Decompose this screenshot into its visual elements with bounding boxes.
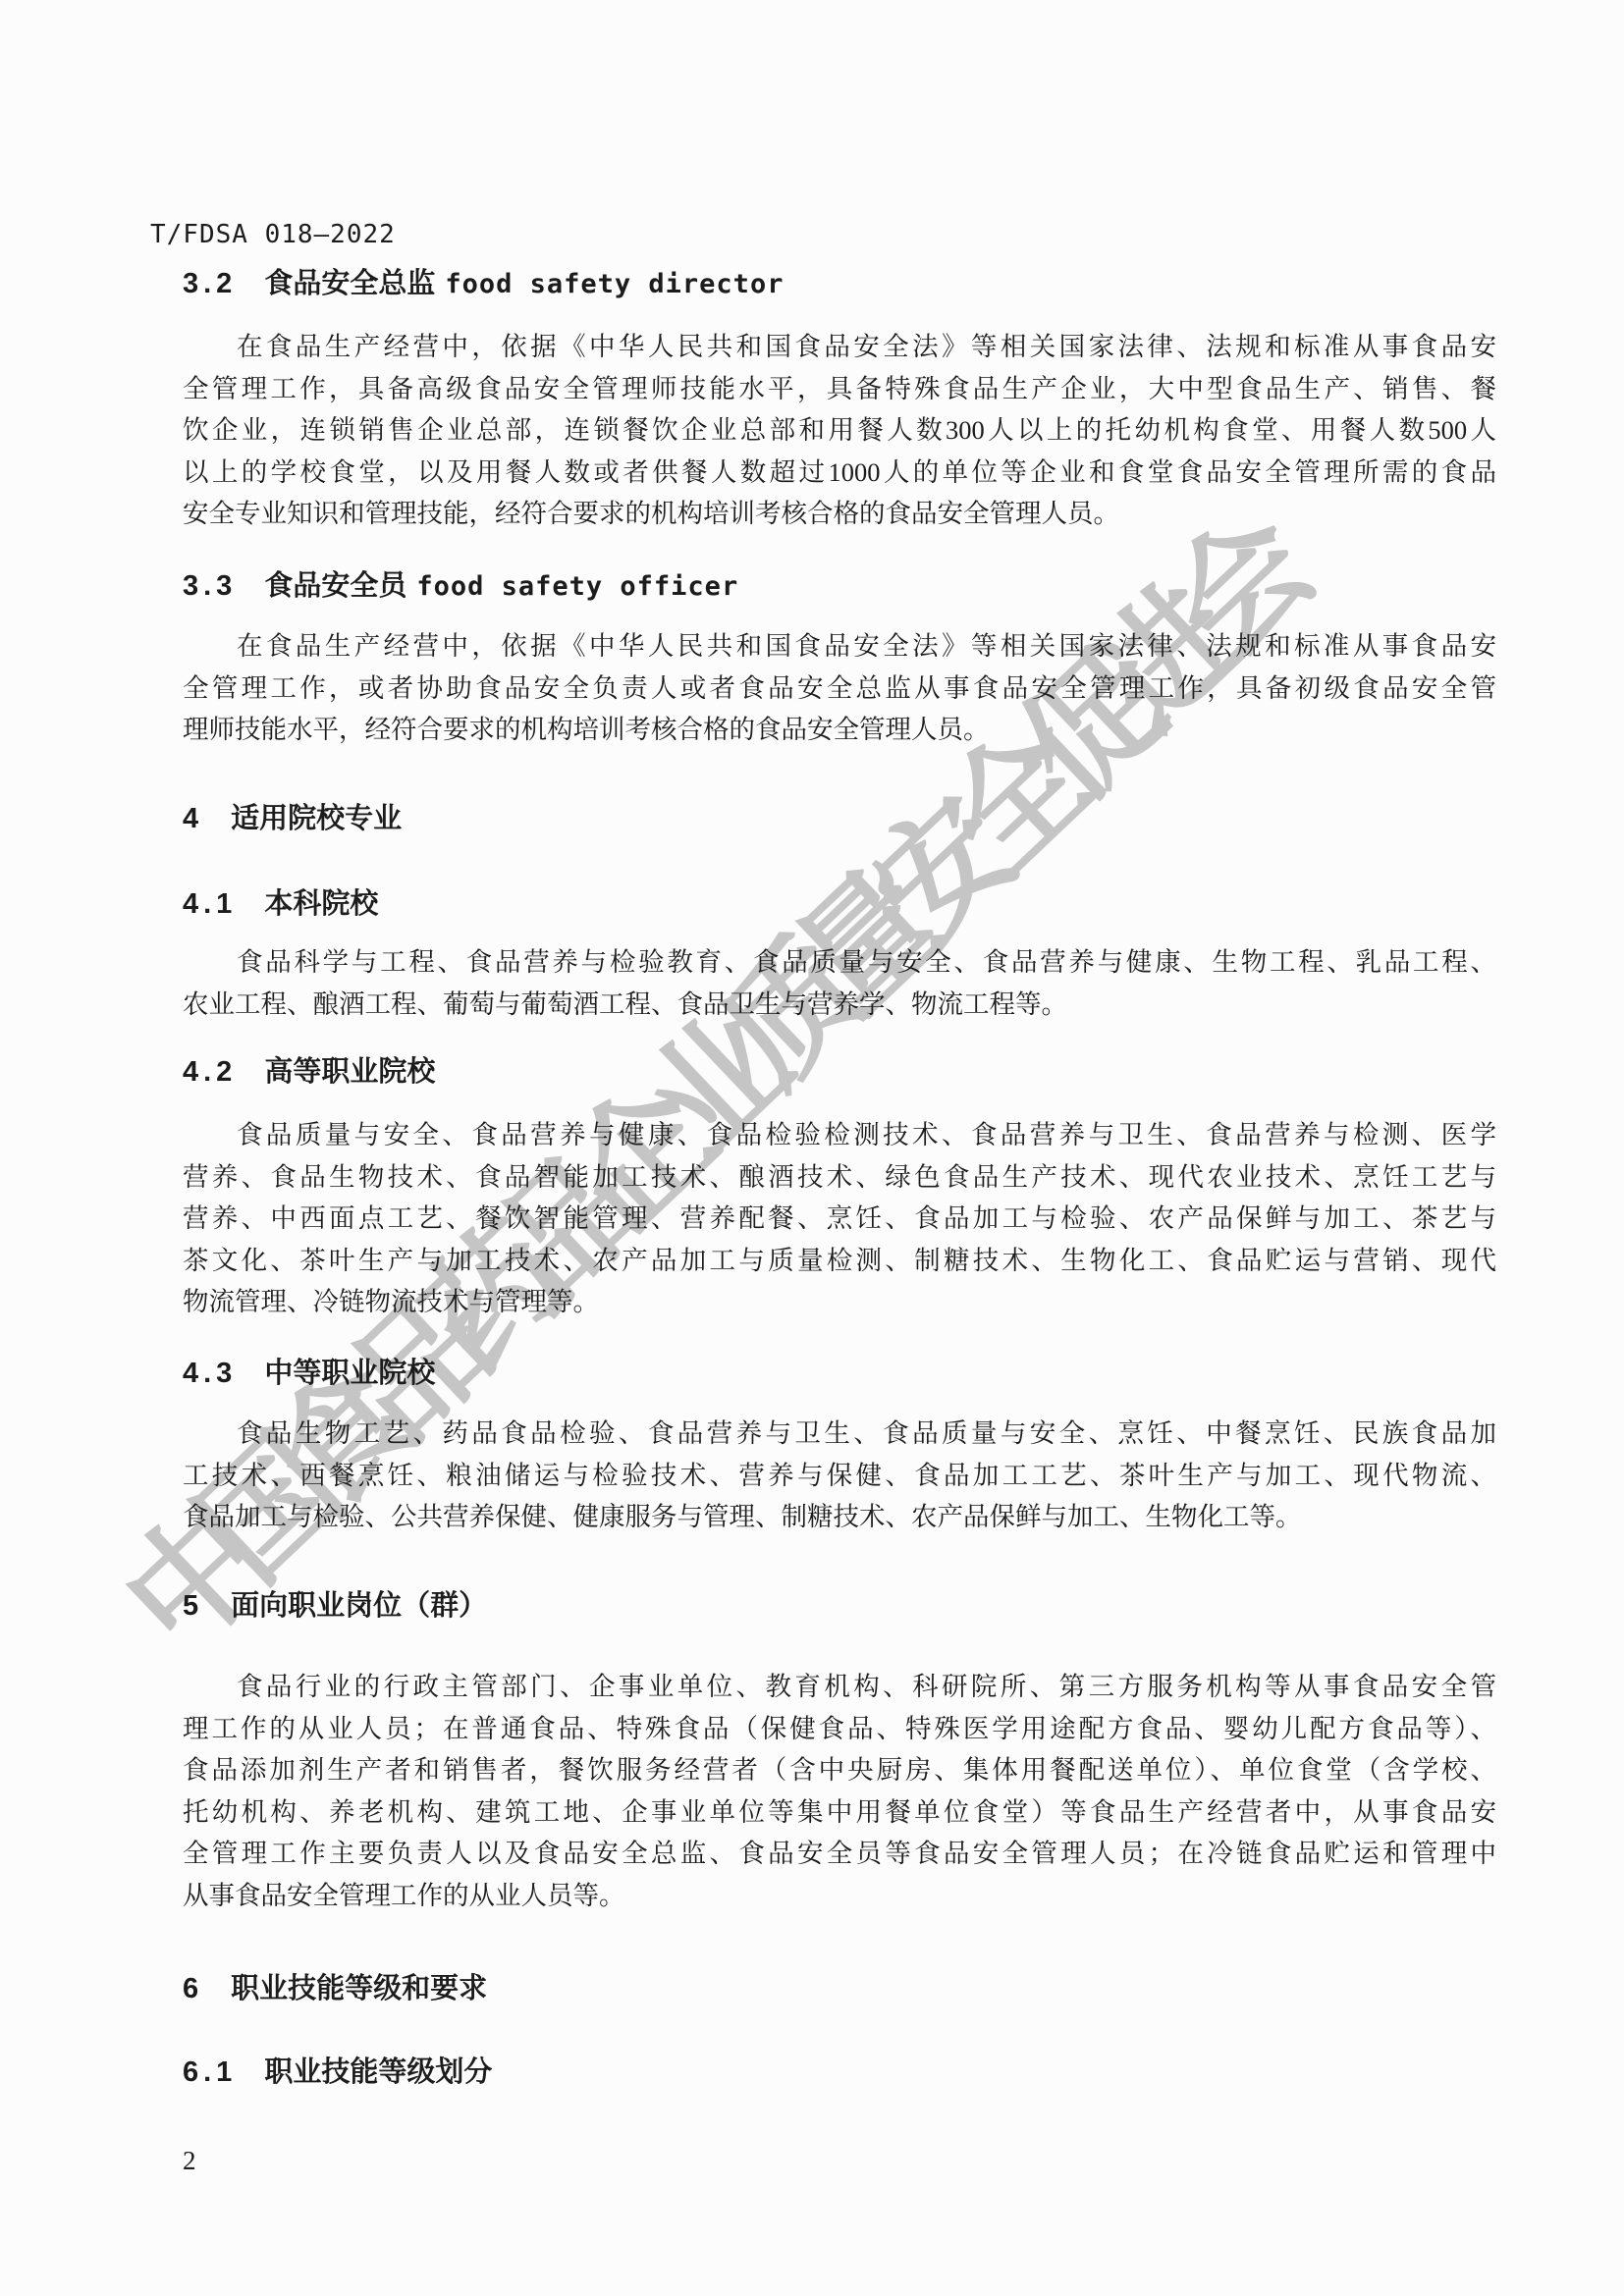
paragraph-4-3: 食品生物工艺、药品食品检验、食品营养与卫生、食品质量与安全、烹饪、中餐烹饪、民族… [183, 1413, 1496, 1538]
section-heading-4-2: 4.2高等职业院校 [183, 1055, 1547, 1089]
heading-number: 4 [183, 803, 203, 834]
section-heading-6: 6职业技能等级和要求 [183, 1972, 1547, 2005]
body-line: 饮企业，连锁销售企业总部，连锁餐饮企业总部和用餐人数300人以上的托幼机构食堂、… [183, 409, 1496, 452]
body-line: 食品科学与工程、食品营养与检验教育、食品质量与安全、食品营养与健康、生物工程、乳… [183, 941, 1496, 984]
paragraph-3-3: 在食品生产经营中，依据《中华人民共和国食品安全法》等相关国家法律、法规和标准从事… [183, 625, 1496, 751]
heading-number: 5 [183, 1590, 203, 1622]
heading-number: 3.2 [183, 268, 237, 299]
body-line: 农业工程、酿酒工程、葡萄与葡萄酒工程、食品卫生与营养学、物流工程等。 [183, 984, 1496, 1026]
heading-title-en: food safety director [445, 269, 784, 299]
body-line: 从事食品安全管理工作的从业人员等。 [183, 1875, 1496, 1917]
document-code-header: T/FDSA 018—2022 [150, 220, 396, 249]
body-line: 全管理工作，或者协助食品安全负责人或者食品安全总监从事食品安全管理工作，具备初级… [183, 667, 1496, 710]
heading-title-zh: 食品安全员 [264, 570, 406, 602]
heading-number: 6.1 [183, 2056, 237, 2088]
heading-number: 3.3 [183, 570, 237, 602]
paragraph-3-2: 在食品生产经营中，依据《中华人民共和国食品安全法》等相关国家法律、法规和标准从事… [183, 326, 1496, 535]
body-line: 营养、食品生物技术、食品智能加工技术、酿酒技术、绿色食品生产技术、现代农业技术、… [183, 1156, 1496, 1199]
heading-number: 6 [183, 1973, 203, 2004]
body-line: 物流管理、冷链物流技术与管理等。 [183, 1281, 1496, 1323]
heading-number: 4.2 [183, 1056, 237, 1088]
section-heading-4: 4适用院校专业 [183, 802, 1547, 835]
heading-title-zh: 食品安全总监 [264, 268, 435, 299]
heading-title-zh: 本科院校 [264, 888, 378, 920]
section-heading-4-3: 4.3中等职业院校 [183, 1357, 1547, 1390]
body-line: 营养、中西面点工艺、餐饮智能管理、营养配餐、烹饪、食品加工与检验、农产品保鲜与加… [183, 1198, 1496, 1240]
section-heading-6-1: 6.1职业技能等级划分 [183, 2056, 1547, 2089]
section-heading-4-1: 4.1本科院校 [183, 887, 1547, 921]
heading-title-en: food safety officer [416, 571, 738, 602]
body-line: 全管理工作主要负责人以及食品安全总监、食品安全员等食品安全管理人员；在冷链食品贮… [183, 1833, 1496, 1875]
body-line: 食品行业的行政主管部门、企事业单位、教育机构、科研院所、第三方服务机构等从事食品… [183, 1666, 1496, 1708]
section-heading-5: 5面向职业岗位（群） [183, 1589, 1547, 1623]
paragraph-4-2: 食品质量与安全、食品营养与健康、食品检验检测技术、食品营养与卫生、食品营养与检测… [183, 1114, 1496, 1323]
heading-number: 4.1 [183, 888, 237, 920]
body-line: 全管理工作，具备高级食品安全管理师技能水平，具备特殊食品生产企业，大中型食品生产… [183, 368, 1496, 410]
body-line: 理师技能水平，经符合要求的机构培训考核合格的食品安全管理人员。 [183, 709, 1496, 751]
heading-title-zh: 职业技能等级划分 [264, 2056, 492, 2088]
body-line: 安全专业知识和管理技能，经符合要求的机构培训考核合格的食品安全管理人员。 [183, 493, 1496, 535]
body-line: 食品质量与安全、食品营养与健康、食品检验检测技术、食品营养与卫生、食品营养与检测… [183, 1114, 1496, 1156]
page-number: 2 [183, 2145, 196, 2176]
body-line: 托幼机构、养老机构、建筑工地、企事业单位等集中用餐单位食堂）等食品生产经营者中，… [183, 1791, 1496, 1834]
body-line: 在食品生产经营中，依据《中华人民共和国食品安全法》等相关国家法律、法规和标准从事… [183, 326, 1496, 368]
heading-number: 4.3 [183, 1358, 237, 1389]
paragraph-4-1: 食品科学与工程、食品营养与检验教育、食品质量与安全、食品营养与健康、生物工程、乳… [183, 941, 1496, 1025]
heading-title-zh: 高等职业院校 [264, 1056, 435, 1088]
document-page: 中国食品药品企业质量安全促进会 T/FDSA 018—2022 3.2食品安全总… [0, 0, 1624, 2296]
body-line: 食品添加剂生产者和销售者，餐饮服务经营者（含中央厨房、集体用餐配送单位）、单位食… [183, 1749, 1496, 1791]
section-heading-3-3: 3.3食品安全员food safety officer [183, 569, 1547, 604]
heading-title-zh: 中等职业院校 [264, 1358, 435, 1389]
body-line: 在食品生产经营中，依据《中华人民共和国食品安全法》等相关国家法律、法规和标准从事… [183, 625, 1496, 667]
paragraph-5: 食品行业的行政主管部门、企事业单位、教育机构、科研院所、第三方服务机构等从事食品… [183, 1666, 1496, 1916]
heading-title-zh: 适用院校专业 [231, 803, 402, 834]
body-line: 食品生物工艺、药品食品检验、食品营养与卫生、食品质量与安全、烹饪、中餐烹饪、民族… [183, 1413, 1496, 1455]
body-line: 以上的学校食堂，以及用餐人数或者供餐人数超过1000人的单位等企业和食堂食品安全… [183, 452, 1496, 494]
body-line: 茶文化、茶叶生产与加工技术、农产品加工与质量检测、制糖技术、生物化工、食品贮运与… [183, 1240, 1496, 1282]
body-line: 工技术、西餐烹饪、粮油储运与检验技术、营养与保健、食品加工工艺、茶叶生产与加工、… [183, 1455, 1496, 1497]
heading-title-zh: 职业技能等级和要求 [231, 1973, 487, 2004]
body-line: 食品加工与检验、公共营养保健、健康服务与管理、制糖技术、农产品保鲜与加工、生物化… [183, 1496, 1496, 1538]
heading-title-zh: 面向职业岗位（群） [231, 1590, 487, 1622]
body-line: 理工作的从业人员；在普通食品、特殊食品（保健食品、特殊医学用途配方食品、婴幼儿配… [183, 1708, 1496, 1750]
section-heading-3-2: 3.2食品安全总监food safety director [183, 267, 1547, 301]
